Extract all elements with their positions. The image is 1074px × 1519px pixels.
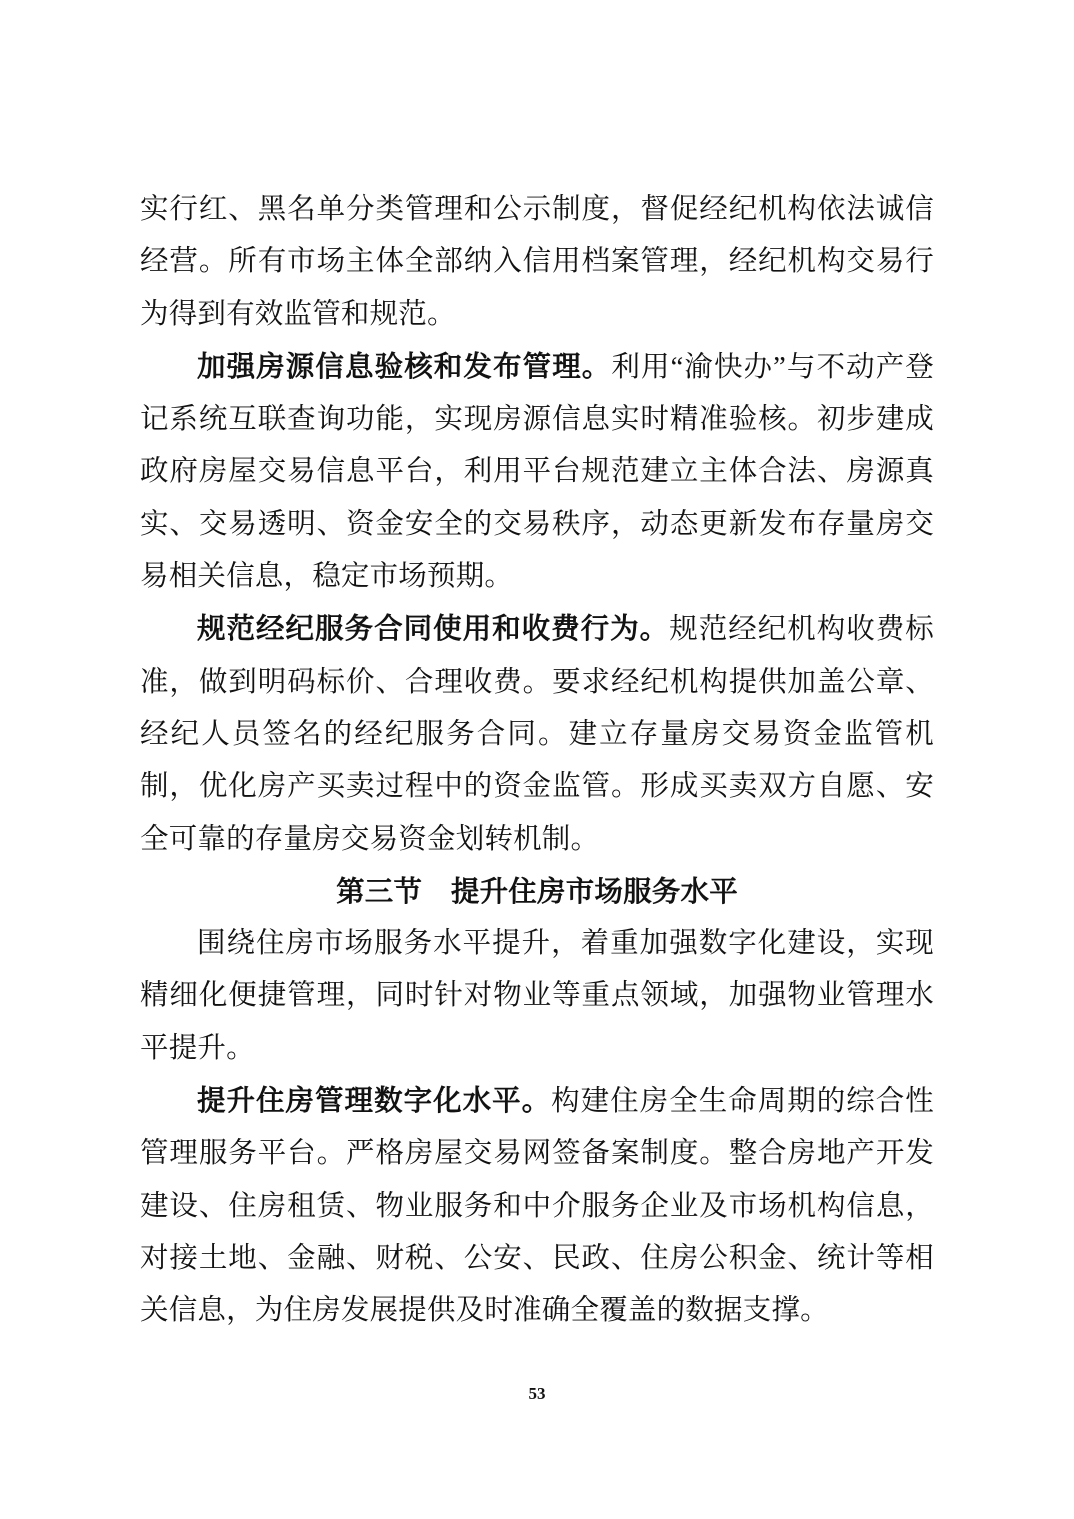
- run-in-heading: 加强房源信息验核和发布管理。: [197, 351, 611, 383]
- paragraph-text: 围绕住房市场服务水平提升，着重加强数字化建设，实现精细化便捷管理，同时针对物业等…: [140, 928, 934, 1064]
- paragraph-service-level-overview: 围绕住房市场服务水平提升，着重加强数字化建设，实现精细化便捷管理，同时针对物业等…: [140, 918, 934, 1075]
- run-in-heading: 提升住房管理数字化水平。: [197, 1085, 551, 1117]
- paragraph-text: 规范经纪机构收费标准，做到明码标价、合理收费。要求经纪机构提供加盖公章、经纪人员…: [140, 614, 934, 854]
- document-body: 实行红、黑名单分类管理和公示制度，督促经纪机构依法诚信经营。所有市场主体全部纳入…: [140, 184, 934, 1338]
- document-page: 实行红、黑名单分类管理和公示制度，督促经纪机构依法诚信经营。所有市场主体全部纳入…: [0, 0, 1074, 1519]
- section-heading: 第三节 提升住房市场服务水平: [140, 866, 934, 918]
- run-in-heading: 规范经纪服务合同使用和收费行为。: [197, 613, 669, 645]
- paragraph-text: 实行红、黑名单分类管理和公示制度，督促经纪机构依法诚信经营。所有市场主体全部纳入…: [140, 194, 934, 330]
- paragraph-text: 利用“渝快办”与不动产登记系统互联查询功能，实现房源信息实时精准验核。初步建成政…: [140, 352, 934, 592]
- page-number: 53: [0, 1384, 1074, 1404]
- paragraph-housing-info-verification: 加强房源信息验核和发布管理。利用“渝快办”与不动产登记系统互联查询功能，实现房源…: [140, 341, 934, 603]
- paragraph-digital-management: 提升住房管理数字化水平。构建住房全生命周期的综合性管理服务平台。严格房屋交易网签…: [140, 1075, 934, 1337]
- paragraph-brokerage-contract-fees: 规范经纪服务合同使用和收费行为。规范经纪机构收费标准，做到明码标价、合理收费。要…: [140, 603, 934, 865]
- paragraph-text: 构建住房全生命周期的综合性管理服务平台。严格房屋交易网签备案制度。整合房地产开发…: [140, 1086, 934, 1326]
- paragraph-continuation: 实行红、黑名单分类管理和公示制度，督促经纪机构依法诚信经营。所有市场主体全部纳入…: [140, 184, 934, 341]
